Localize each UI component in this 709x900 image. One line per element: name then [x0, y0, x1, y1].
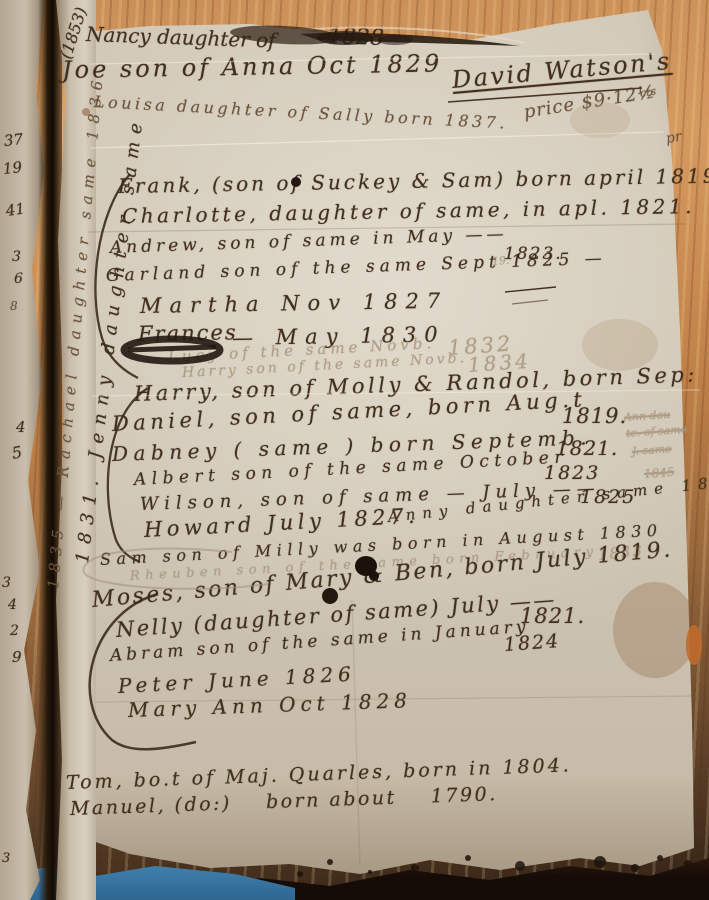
handwritten-line-martha: Martha Nov 1827: [140, 291, 449, 317]
handwritten-line-note-1853: (1853): [58, 5, 90, 61]
photograph-of-ledger-page: (1853)Nancy daughter of1828Joe son of An…: [0, 0, 709, 900]
handwritten-line-nancy-year: 1828: [328, 26, 385, 50]
handwritten-line-margin-x3: J. same: [632, 443, 672, 457]
handwritten-line-nelly-year: 1821.: [520, 606, 585, 627]
handwritten-line-stub-4b: 4: [8, 598, 17, 612]
handwritten-line-frank: Frank, (son of Suckey & Sam) born april …: [118, 166, 709, 196]
handwritten-line-louisa: Louisa daughter of Sally born 1837.: [94, 94, 509, 132]
handwritten-line-stub-2: 2: [10, 624, 19, 638]
handwritten-line-andrew: Andrew, son of same in May ——: [110, 226, 508, 257]
handwritten-line-stub-37: 37: [3, 132, 24, 149]
manuscript-text-layer: (1853)Nancy daughter of1828Joe son of An…: [0, 0, 709, 900]
handwritten-line-stub-41: 41: [5, 201, 26, 219]
handwritten-line-stub-19: 19: [2, 160, 23, 177]
handwritten-line-price-pr: pr: [665, 130, 683, 146]
handwritten-line-frances: Frances: [138, 322, 238, 345]
handwritten-line-garland: Garland son of the same Sept 1825 —: [106, 251, 607, 285]
handwritten-line-stub-3a: 3: [12, 250, 21, 264]
handwritten-line-price: price $9·12½: [523, 83, 658, 122]
handwritten-line-joe: Joe son of Anna Oct 1829: [62, 51, 443, 82]
handwritten-line-margin-x1: Ann dau: [624, 409, 671, 423]
handwritten-line-margin-x2: te. of same: [626, 424, 688, 439]
handwritten-line-stub-8: 8: [10, 300, 18, 312]
handwritten-line-stub-4a: 4: [16, 420, 26, 435]
handwritten-line-stub-3c: 3: [2, 852, 10, 865]
handwritten-line-price-cts: cts: [639, 86, 657, 99]
handwritten-line-nancy: Nancy daughter of: [86, 24, 276, 51]
handwritten-line-charlotte: Charlotte, daughter of same, in apl. 182…: [122, 196, 695, 226]
handwritten-line-abram-year: 1824: [503, 632, 561, 655]
handwritten-line-daniel-year: 1819.: [562, 406, 627, 427]
handwritten-line-stub-3b: 3: [2, 576, 11, 590]
handwritten-line-stub-6: 6: [14, 272, 23, 286]
handwritten-line-stub-9: 9: [12, 650, 22, 665]
handwritten-line-stub-5: 5: [11, 444, 24, 462]
